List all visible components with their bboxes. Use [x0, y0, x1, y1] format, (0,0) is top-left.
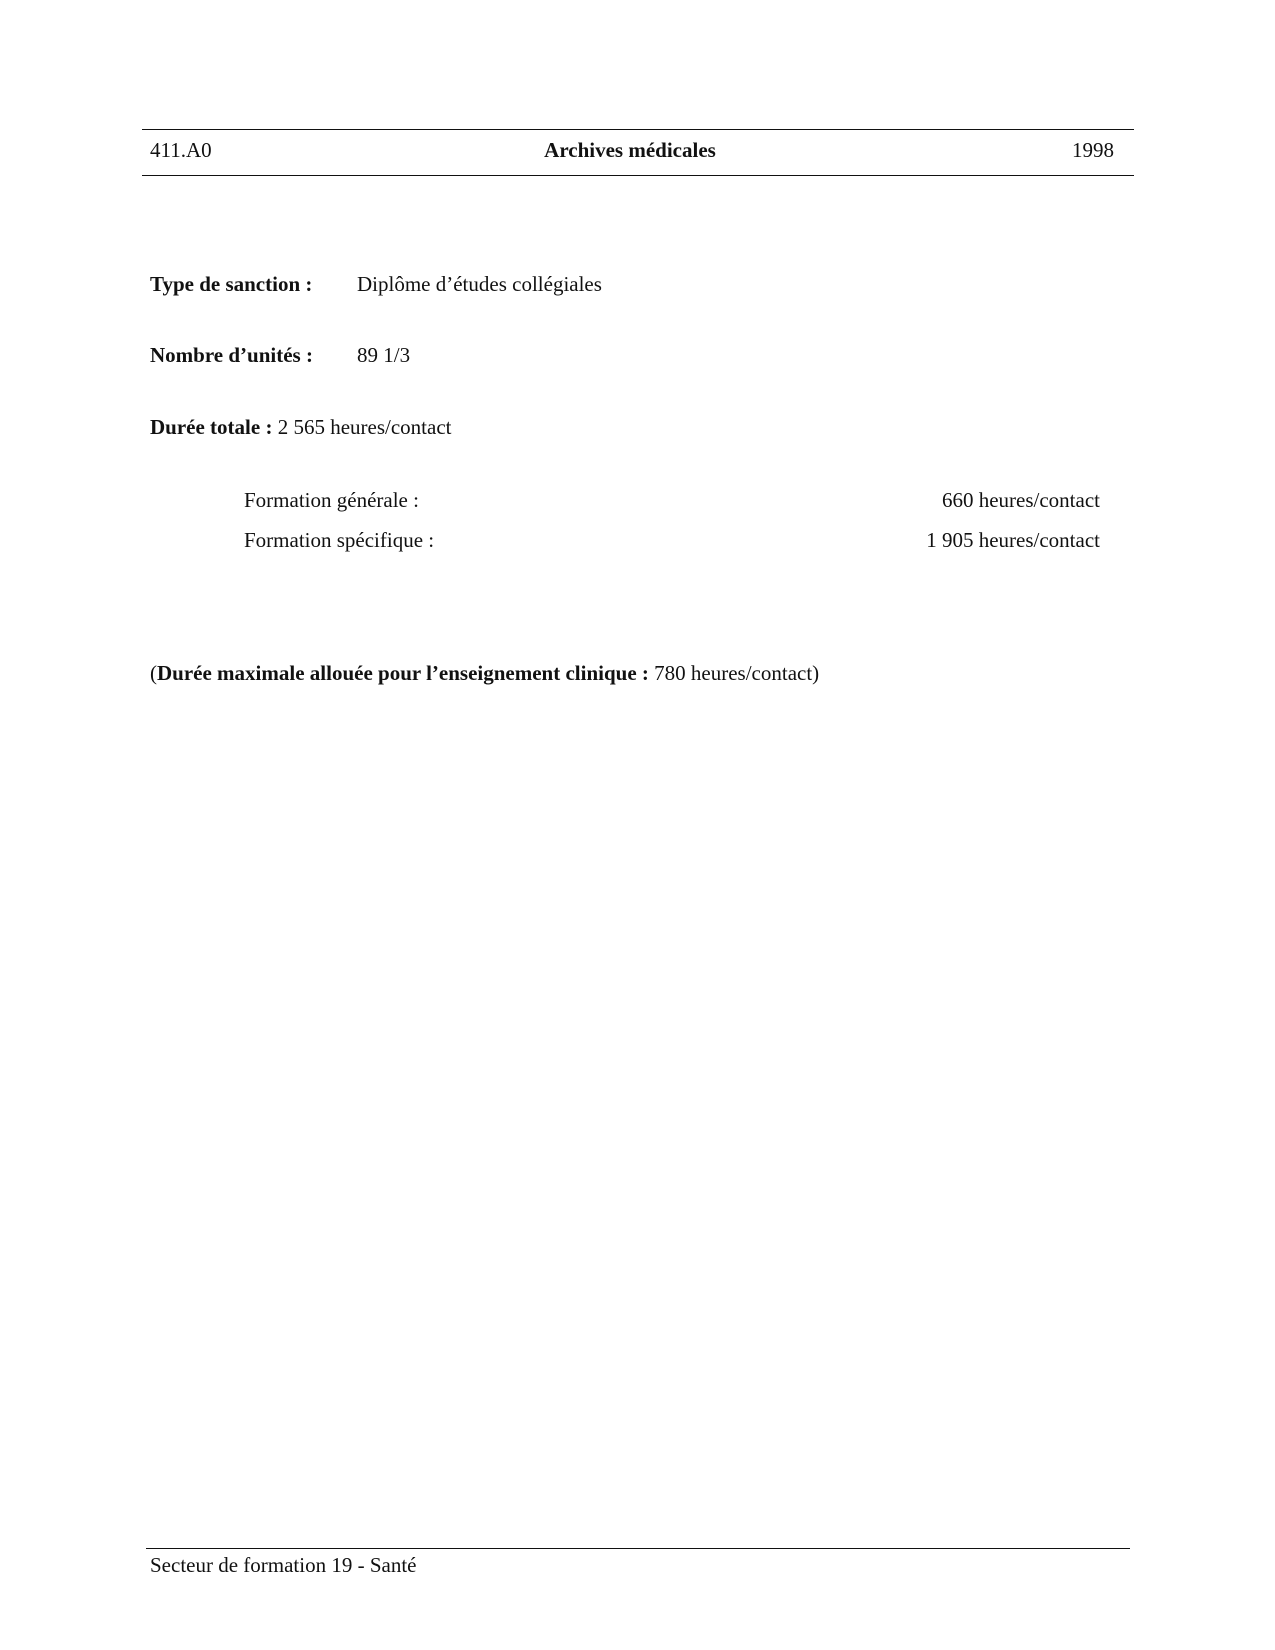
header-top-rule	[142, 129, 1134, 130]
units-label: Nombre d’unités :	[150, 343, 313, 368]
sanction-value: Diplôme d’études collégiales	[357, 272, 602, 297]
clinical-line: (Durée maximale allouée pour l’enseignem…	[150, 661, 819, 686]
breakdown-specific-label: Formation spécifique :	[244, 528, 434, 553]
footer-rule	[146, 1548, 1130, 1549]
units-value: 89 1/3	[357, 343, 410, 368]
breakdown-specific-value: 1 905 heures/contact	[800, 528, 1100, 553]
program-year: 1998	[1072, 138, 1114, 163]
footer-text: Secteur de formation 19 - Santé	[150, 1553, 417, 1578]
program-title: Archives médicales	[0, 138, 1260, 163]
clinical-label: Durée maximale allouée pour l’enseigneme…	[157, 661, 649, 685]
duration-line: Durée totale : 2 565 heures/contact	[150, 415, 451, 440]
breakdown-general-label: Formation générale :	[244, 488, 419, 513]
clinical-open-paren: (	[150, 661, 157, 685]
duration-label: Durée totale :	[150, 415, 272, 439]
clinical-value: 780 heures/contact)	[649, 661, 819, 685]
sanction-label: Type de sanction :	[150, 272, 312, 297]
duration-value: 2 565 heures/contact	[272, 415, 451, 439]
header-bottom-rule	[142, 175, 1134, 176]
breakdown-general-value: 660 heures/contact	[800, 488, 1100, 513]
